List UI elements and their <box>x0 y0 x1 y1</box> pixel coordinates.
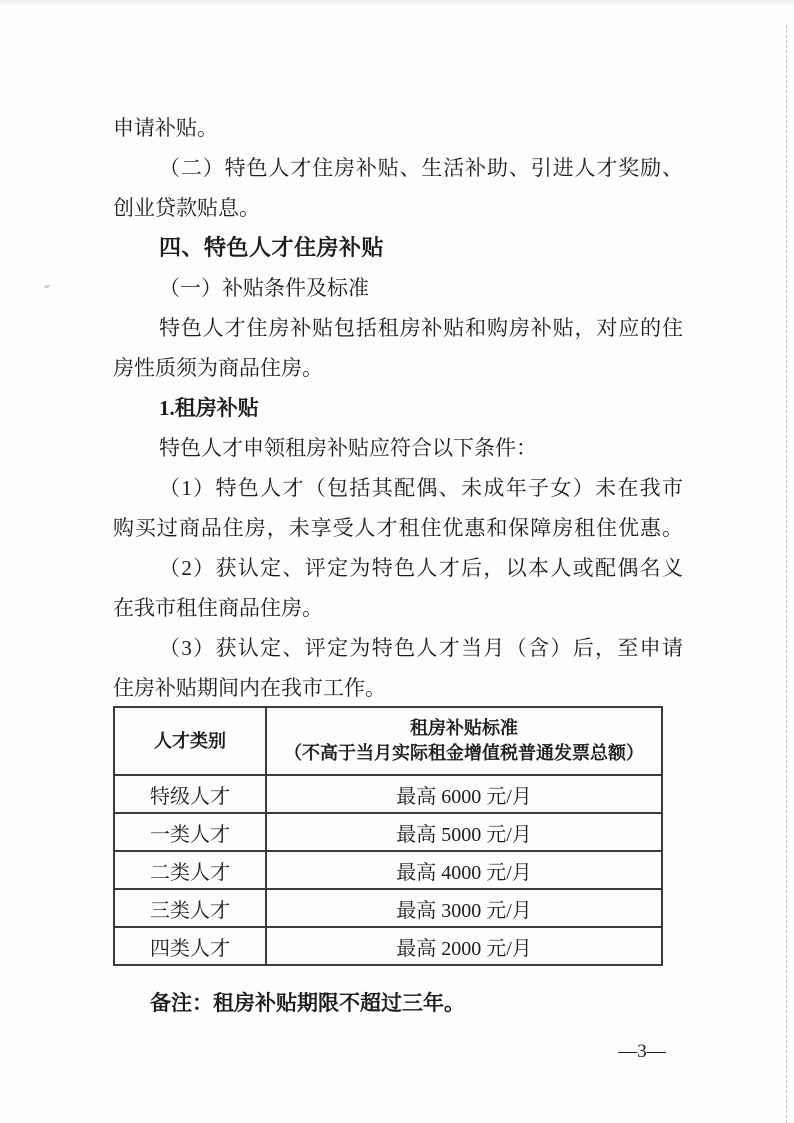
category-cell: 三类人才 <box>114 889 266 927</box>
category-cell: 二类人才 <box>114 851 266 889</box>
paragraph-line: 房性质须为商品住房。 <box>113 348 683 388</box>
paragraph-line: 特色人才住房补贴包括租房补贴和购房补贴，对应的住 <box>113 308 683 348</box>
rent-subsidy-subheading: 1.租房补贴 <box>113 388 683 428</box>
condition-3-line-2: 住房补贴期间内在我市工作。 <box>113 668 683 708</box>
scan-speck-artifact <box>44 284 51 288</box>
category-cell: 一类人才 <box>114 813 266 851</box>
standard-cell: 最高 4000 元/月 <box>266 851 662 889</box>
condition-2-line-2: 在我市租住商品住房。 <box>113 588 683 628</box>
condition-1-line-1: （1）特色人才（包括其配偶、未成年子女）未在我市 <box>113 468 683 508</box>
table-row: 三类人才 最高 3000 元/月 <box>114 889 662 927</box>
table-row: 二类人才 最高 4000 元/月 <box>114 851 662 889</box>
item-2-line-1: （二）特色人才住房补贴、生活补助、引进人才奖励、 <box>113 148 683 188</box>
standard-cell: 最高 2000 元/月 <box>266 927 662 965</box>
table-row: 四类人才 最高 2000 元/月 <box>114 927 662 965</box>
subsection-1-heading: （一）补贴条件及标准 <box>113 268 683 308</box>
table-header-row: 人才类别 租房补贴标准 （不高于当月实际租金增值税普通发票总额） <box>114 707 662 775</box>
table-note: 备注：租房补贴期限不超过三年。 <box>150 984 465 1024</box>
section-4-heading: 四、特色人才住房补贴 <box>113 228 683 268</box>
paragraph-continuation-line: 申请补贴。 <box>113 108 683 148</box>
standard-cell: 最高 6000 元/月 <box>266 775 662 813</box>
scan-top-shading-artifact <box>0 0 794 6</box>
document-page: 申请补贴。 （二）特色人才住房补贴、生活补助、引进人才奖励、 创业贷款贴息。 四… <box>0 0 794 1123</box>
item-2-line-2: 创业贷款贴息。 <box>113 188 683 228</box>
category-cell: 特级人才 <box>114 775 266 813</box>
standard-cell: 最高 5000 元/月 <box>266 813 662 851</box>
header-standard-subtitle: （不高于当月实际租金增值税普通发票总额） <box>267 741 661 766</box>
standard-cell: 最高 3000 元/月 <box>266 889 662 927</box>
header-cell-category: 人才类别 <box>114 707 266 775</box>
condition-2-line-1: （2）获认定、评定为特色人才后，以本人或配偶名义 <box>113 548 683 588</box>
header-cell-standard: 租房补贴标准 （不高于当月实际租金增值税普通发票总额） <box>266 707 662 775</box>
scan-right-edge-artifact <box>786 25 787 1123</box>
paragraph-line: 特色人才申领租房补贴应符合以下条件： <box>113 428 683 468</box>
table-row: 特级人才 最高 6000 元/月 <box>114 775 662 813</box>
condition-3-line-1: （3）获认定、评定为特色人才当月（含）后，至申请 <box>113 628 683 668</box>
condition-1-line-2: 购买过商品住房，未享受人才租住优惠和保障房租住优惠。 <box>113 508 683 548</box>
table-row: 一类人才 最高 5000 元/月 <box>114 813 662 851</box>
header-category-label: 人才类别 <box>115 729 265 754</box>
page-number: —3— <box>612 1040 672 1064</box>
category-cell: 四类人才 <box>114 927 266 965</box>
header-standard-title: 租房补贴标准 <box>267 716 661 741</box>
rent-subsidy-table: 人才类别 租房补贴标准 （不高于当月实际租金增值税普通发票总额） 特级人才 最高… <box>113 706 663 966</box>
